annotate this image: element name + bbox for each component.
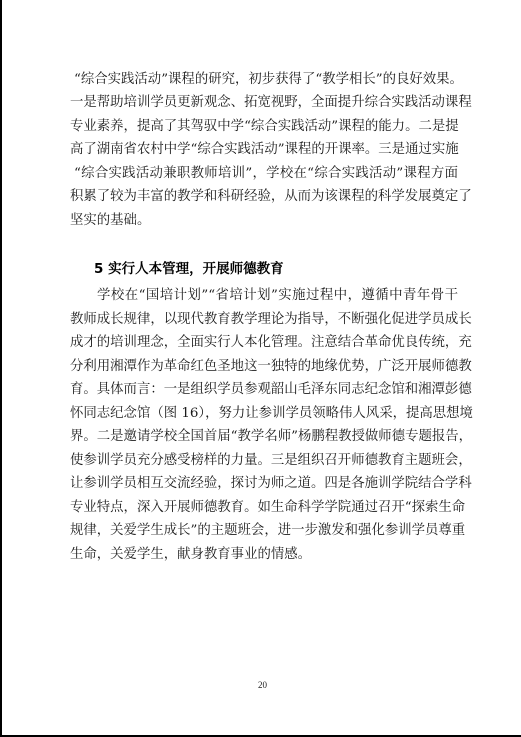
paragraph-line: 让参训学员相互交流经验，探讨为师之道。四是各施训学院结合学科	[70, 474, 458, 494]
paragraph-line: 高了湖南省农村中学“综合实践活动”课程的开课率。三是通过实施	[70, 140, 458, 160]
paragraph-line: 一是帮助培训学员更新观念、拓宽视野，全面提升综合实践活动课程	[70, 93, 458, 113]
paragraph-line: 成才的培训理念，全面实行人本化管理。注意结合革命优良传统，充	[70, 333, 458, 353]
page-number: 20	[2, 680, 521, 690]
paragraph-line: 积累了较为丰富的教学和科研经验，从而为该课程的科学发展奠定了	[70, 187, 458, 207]
paragraph-line: “综合实践活动”课程的研究，初步获得了“教学相长”的良好效果。	[74, 70, 458, 90]
paragraph-line: 分利用湘潭作为革命红色圣地这一独特的地缘优势，广泛开展师德教	[70, 357, 458, 377]
paragraph-line: 规律，关爱学生成长”的主题班会，进一步激发和强化参训学员尊重	[70, 521, 458, 541]
paragraph-line: 学校在“国培计划”“省培计划”实施过程中，遵循中青年骨干	[97, 286, 458, 306]
paragraph-line: 教师成长规律，以现代教育教学理论为指导，不断强化促进学员成长	[70, 310, 458, 330]
paragraph-line: 专业素养，提高了其驾驭中学“综合实践活动”课程的能力。二是提	[70, 117, 458, 137]
paragraph-line: 育。具体而言：一是组织学员参观韶山毛泽东同志纪念馆和湘潭彭德	[70, 380, 458, 400]
paragraph-line: 坚实的基础。	[70, 211, 458, 231]
section-heading: 5 实行人本管理，开展师德教育	[94, 259, 284, 279]
paragraph-line: 怀同志纪念馆（图 16），努力让参训学员领略伟人风采，提高思想境	[70, 404, 458, 424]
paragraph-line: 界。二是邀请学校全国首届“教学名师”杨鹏程教授做师德专题报告，	[70, 427, 458, 447]
paragraph-line: 生命，关爱学生，献身教育事业的情感。	[70, 545, 458, 565]
paragraph-line: 使参训学员充分感受榜样的力量。三是组织召开师德教育主题班会，	[70, 451, 458, 471]
paragraph-line: 专业特点，深入开展师德教育。如生命科学学院通过召开“探索生命	[70, 498, 458, 518]
document-page: “综合实践活动”课程的研究，初步获得了“教学相长”的良好效果。 一是帮助培训学员…	[0, 0, 521, 737]
paragraph-line: “综合实践活动兼职教师培训”，学校在“综合实践活动”课程方面	[74, 164, 458, 184]
